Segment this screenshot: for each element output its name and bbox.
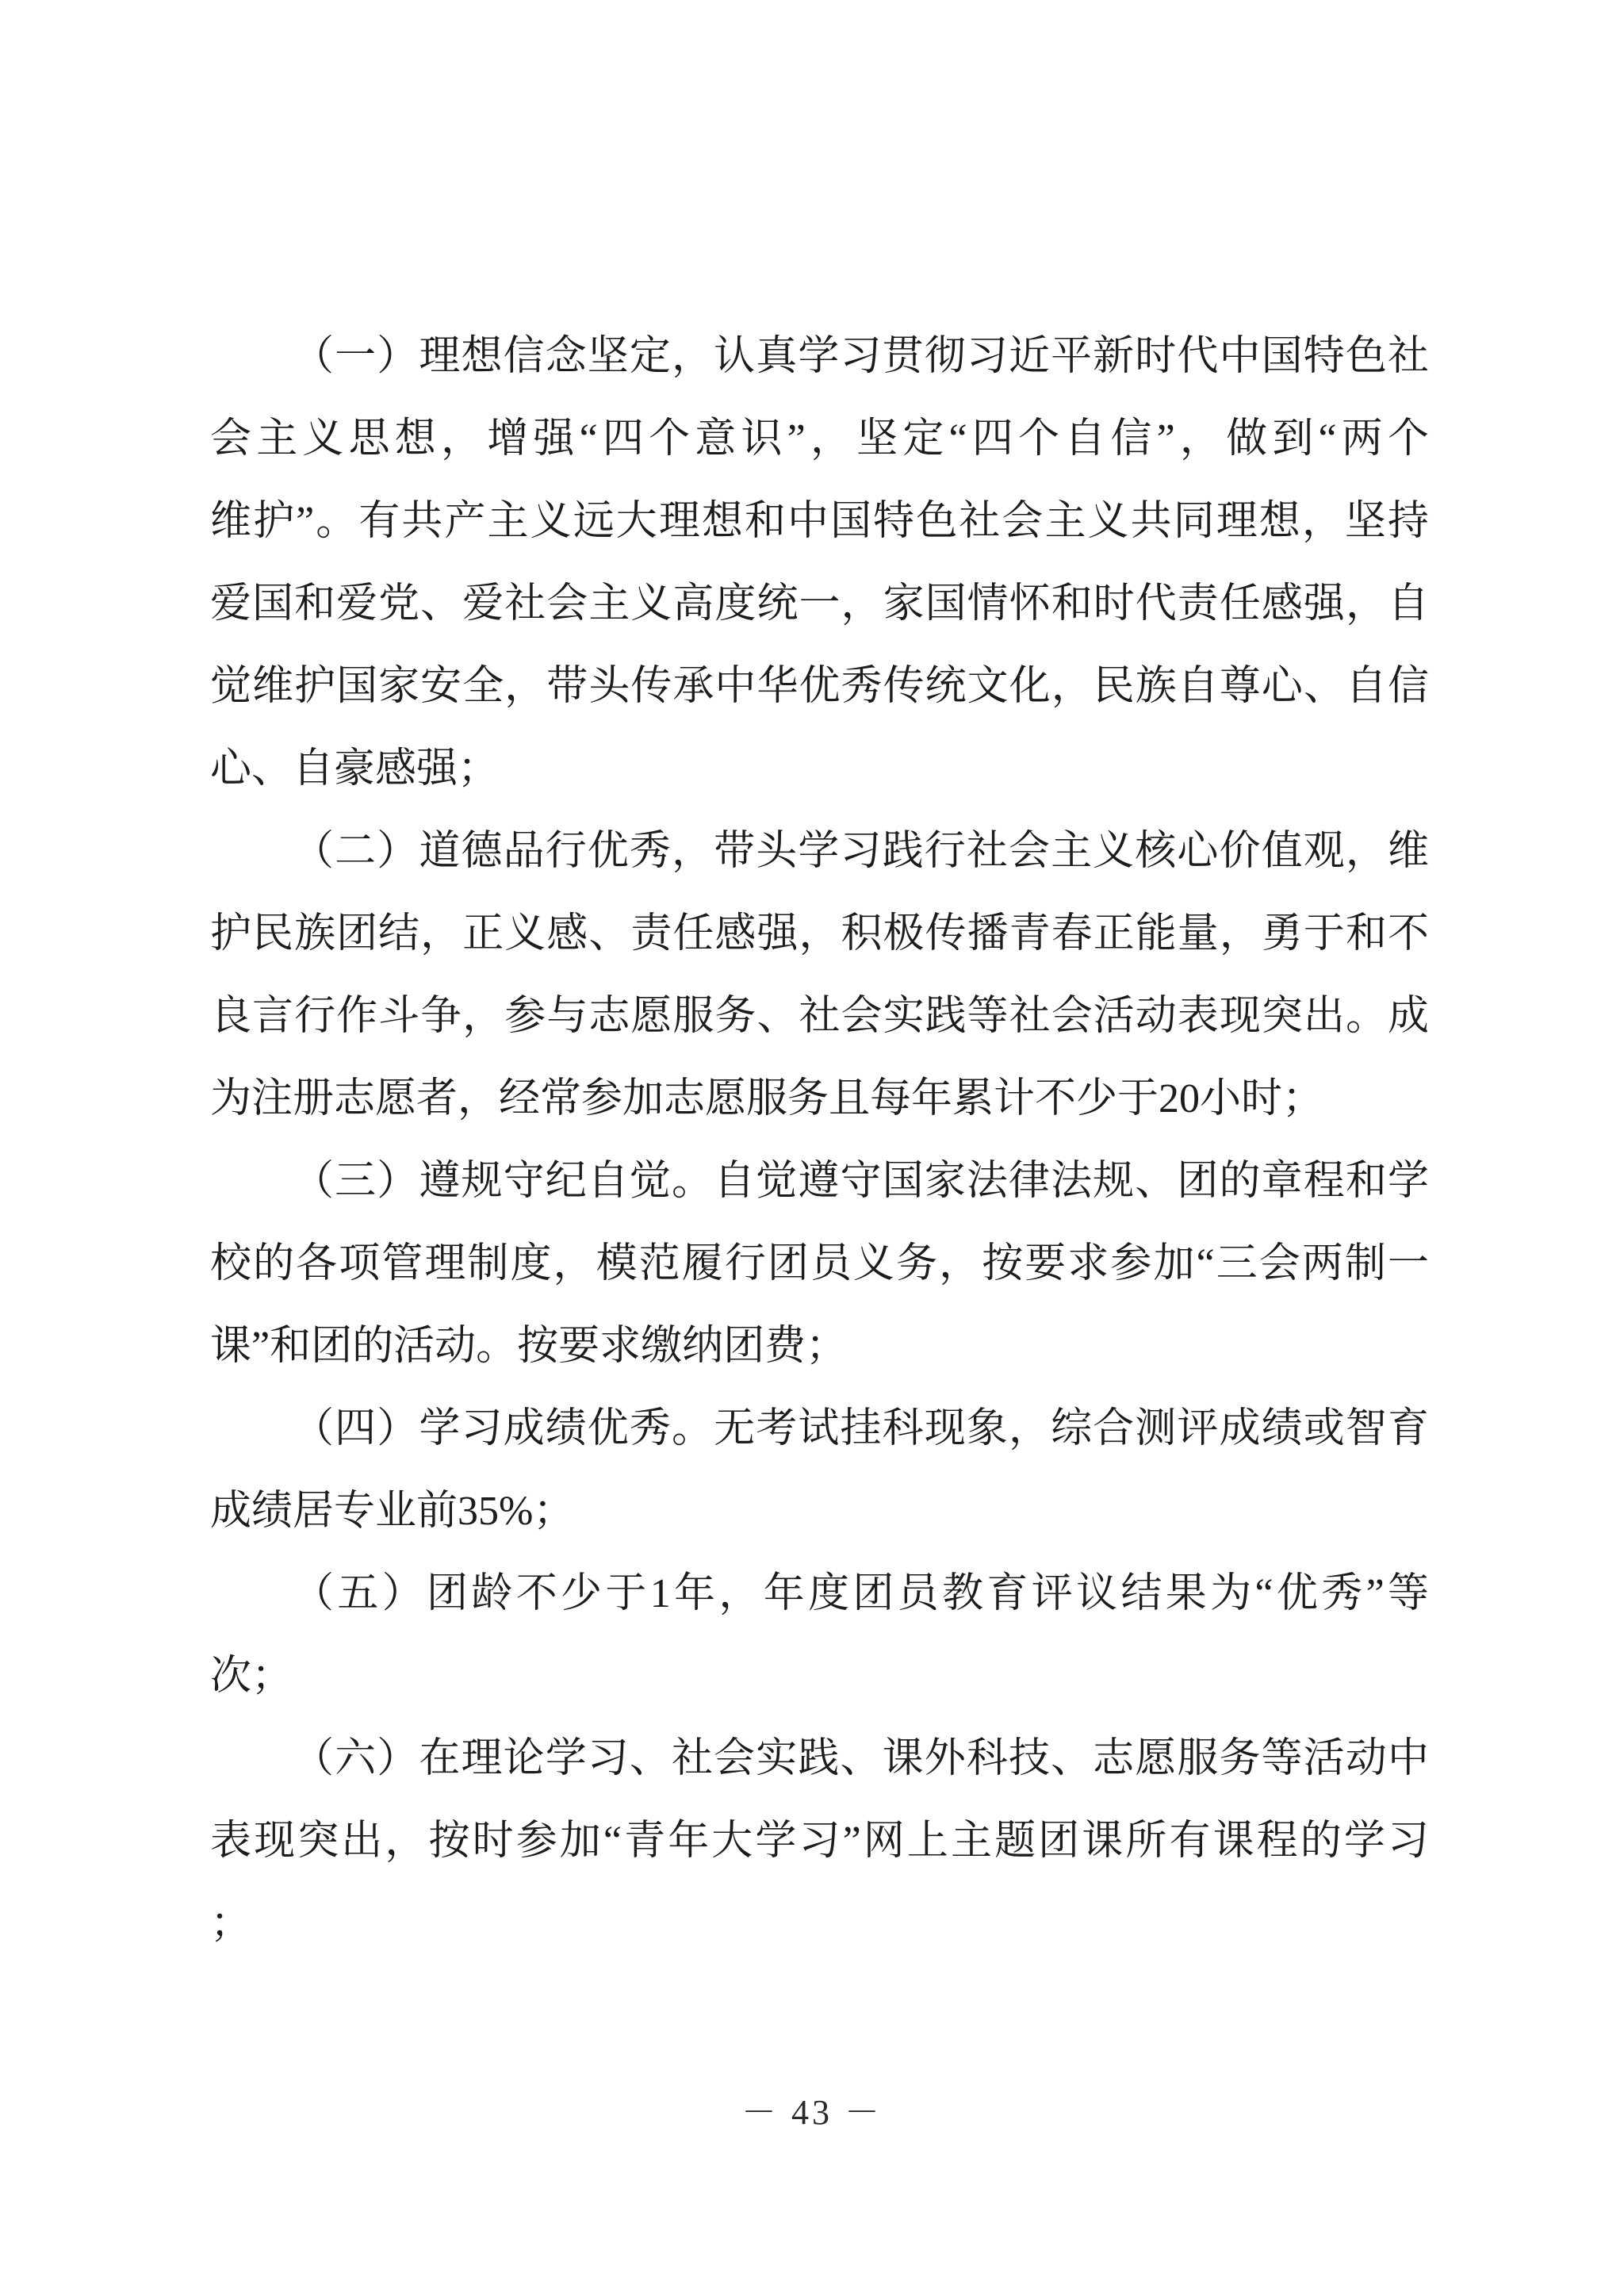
text-line: 护民族团结，正义感、责任感强，积极传播青春正能量，勇于和不	[210, 893, 1429, 976]
paragraph-clause-1: （一）理想信念坚定，认真学习贯彻习近平新时代中国特色社会主义思想，增强“四个意识…	[210, 316, 1429, 811]
text-line: 次；	[210, 1635, 1429, 1718]
page-number: － 43 －	[0, 2089, 1624, 2137]
text-line: （六）在理论学习、社会实践、课外科技、志愿服务等活动中	[210, 1718, 1429, 1800]
text-line: 良言行作斗争，参与志愿服务、社会实践等社会活动表现突出。成	[210, 976, 1429, 1058]
text-line: 为注册志愿者，经常参加志愿服务且每年累计不少于20小时；	[210, 1058, 1429, 1140]
text-line: 表现突出，按时参加“青年大学习”网上主题团课所有课程的学习	[210, 1800, 1429, 1883]
document-page: （一）理想信念坚定，认真学习贯彻习近平新时代中国特色社会主义思想，增强“四个意识…	[0, 0, 1624, 2296]
text-line: （四）学习成绩优秀。无考试挂科现象，综合测评成绩或智育	[210, 1388, 1429, 1470]
text-line: 课”和团的活动。按要求缴纳团费；	[210, 1305, 1429, 1388]
paragraph-clause-2: （二）道德品行优秀，带头学习践行社会主义核心价值观，维护民族团结，正义感、责任感…	[210, 811, 1429, 1140]
text-line: 觉维护国家安全，带头传承中华优秀传统文化，民族自尊心、自信	[210, 646, 1429, 728]
paragraph-clause-6: （六）在理论学习、社会实践、课外科技、志愿服务等活动中表现突出，按时参加“青年大…	[210, 1718, 1429, 1965]
paragraph-clause-5: （五）团龄不少于1年，年度团员教育评议结果为“优秀”等次；	[210, 1553, 1429, 1718]
text-line: 成绩居专业前35%；	[210, 1470, 1429, 1553]
text-line: 维护”。有共产主义远大理想和中国特色社会主义共同理想，坚持	[210, 481, 1429, 563]
text-line: （二）道德品行优秀，带头学习践行社会主义核心价值观，维	[210, 811, 1429, 893]
text-line: 心、自豪感强；	[210, 728, 1429, 811]
paragraph-clause-3: （三）遵规守纪自觉。自觉遵守国家法律法规、团的章程和学校的各项管理制度，模范履行…	[210, 1140, 1429, 1388]
paragraph-clause-4: （四）学习成绩优秀。无考试挂科现象，综合测评成绩或智育成绩居专业前35%；	[210, 1388, 1429, 1553]
text-line: （三）遵规守纪自觉。自觉遵守国家法律法规、团的章程和学	[210, 1140, 1429, 1223]
text-line: ；	[210, 1883, 1429, 1965]
text-line: （一）理想信念坚定，认真学习贯彻习近平新时代中国特色社	[210, 316, 1429, 398]
text-block: （一）理想信念坚定，认真学习贯彻习近平新时代中国特色社会主义思想，增强“四个意识…	[210, 316, 1429, 1965]
text-line: 校的各项管理制度，模范履行团员义务，按要求参加“三会两制一	[210, 1223, 1429, 1305]
text-line: （五）团龄不少于1年，年度团员教育评议结果为“优秀”等	[210, 1553, 1429, 1635]
text-line: 会主义思想，增强“四个意识”，坚定“四个自信”，做到“两个	[210, 398, 1429, 481]
text-line: 爱国和爱党、爱社会主义高度统一，家国情怀和时代责任感强，自	[210, 563, 1429, 646]
